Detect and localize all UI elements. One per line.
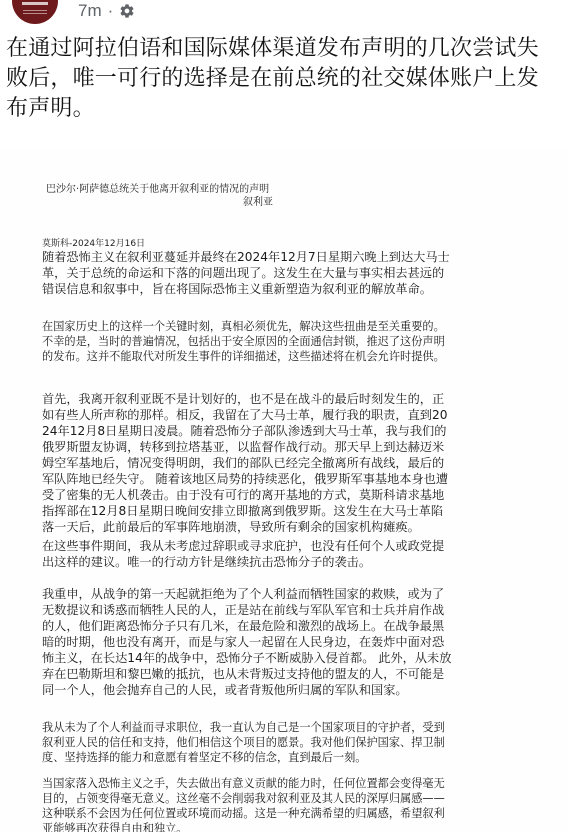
statement-document-image: 巴沙尔·阿萨德总统关于他离开叙利亚的情况的声明 叙利亚 莫斯科-2024年12月… (0, 150, 567, 832)
avatar-logo-text (22, 2, 48, 5)
avatar[interactable] (12, 0, 58, 24)
document-dateline: 莫斯科-2024年12月16日 (42, 236, 145, 249)
meta-separator: · (108, 1, 114, 21)
post-headline: 在通过阿拉伯语和国际媒体渠道发布声明的几次尝试失败后，唯一可行的选择是在前总统的… (6, 34, 556, 124)
document-paragraph: 我重申，从战争的第一天起就拒绝为了个人利益而牺牲国家的救赎，或为了无数提议和诱惑… (42, 586, 452, 698)
document-paragraph: 我从未为了个人利益而寻求职位，我一直认为自己是一个国家项目的守护者，受到叙利亚人… (42, 720, 452, 765)
avatar-logo-text (23, 13, 47, 14)
post-meta: 7m · (78, 0, 135, 22)
gear-icon[interactable] (119, 3, 135, 19)
document-paragraph: 随着恐怖主义在叙利亚蔓延并最终在2024年12月7日星期六晚上到达大马士革，关于… (42, 249, 452, 297)
post-time[interactable]: 7m (78, 1, 102, 21)
document-subtitle: 叙利亚 (243, 193, 273, 208)
document-paragraph: 在这些事件期间，我从未考虑过辞职或寻求庇护，也没有任何个人或政党提出这样的建议。… (42, 538, 452, 570)
document-paragraph: 首先，我离开叙利亚既不是计划好的，也不是在战斗的最后时刻发生的，正如有些人所声称… (42, 391, 452, 535)
post-header: 7m · (0, 0, 567, 24)
document-paragraph: 当国家落入恐怖主义之手，失去做出有意义贡献的能力时，任何位置都会变得毫无目的，占… (42, 776, 452, 832)
avatar-logo-text (23, 10, 47, 11)
document-title: 巴沙尔·阿萨德总统关于他离开叙利亚的情况的声明 (46, 180, 269, 195)
document-paragraph: 在国家历史上的这样一个关键时刻，真相必须优先，解决这些扭曲是至关重要的。不幸的是… (42, 319, 452, 364)
